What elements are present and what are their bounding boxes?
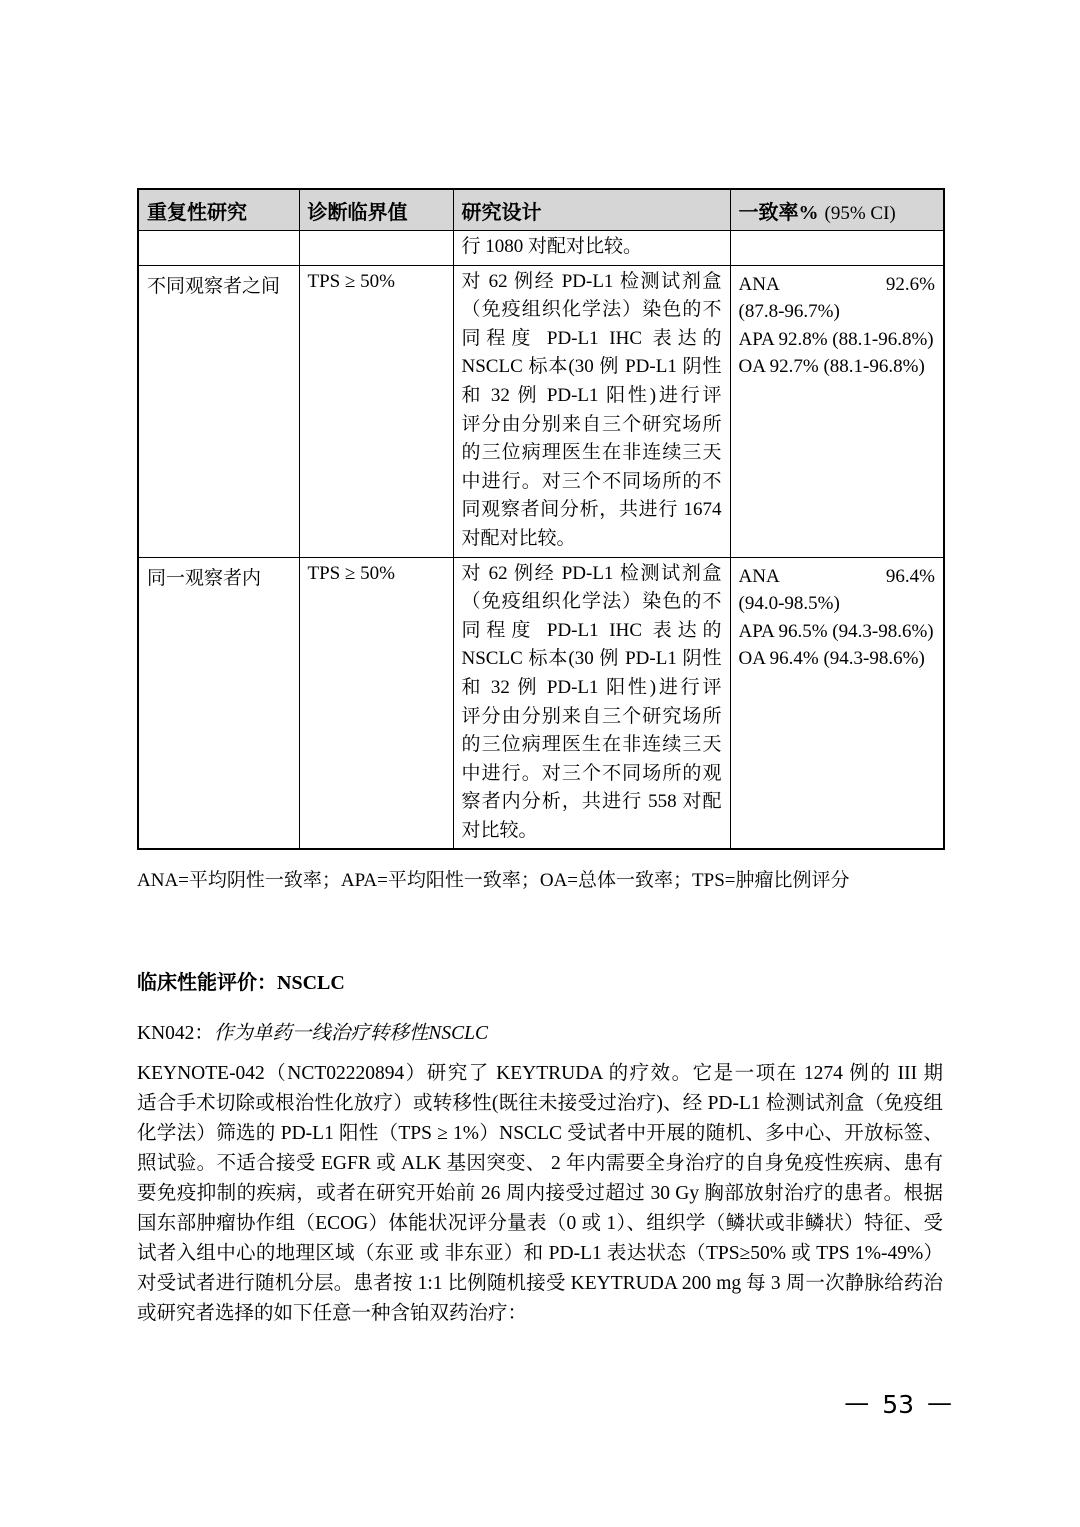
design-line: 对 62 例经 PD-L1 检测试剂盒 bbox=[462, 560, 722, 589]
header-label-ci: (95% CI) bbox=[825, 203, 896, 224]
cutoff-cell: TPS ≥ 50% bbox=[299, 265, 453, 557]
page-footer: — 53 — bbox=[844, 1390, 952, 1419]
agreement-value: 96.4% bbox=[886, 563, 935, 591]
agreement-cell bbox=[730, 231, 944, 266]
design-line: 同程度 PD-L1 IHC 表达的 bbox=[462, 617, 722, 646]
table-row: 同一观察者内 TPS ≥ 50% 对 62 例经 PD-L1 检测试剂盒 （免疫… bbox=[138, 557, 944, 849]
agreement-line: (87.8-96.7%) bbox=[739, 298, 936, 326]
section-subheading: KN042：作为单药一线治疗转移性NSCLC bbox=[137, 1017, 943, 1045]
header-label: 诊断临界值 bbox=[308, 202, 408, 224]
design-line: 评分由分别来自三个研究场所 bbox=[462, 703, 722, 732]
study-cell bbox=[138, 231, 299, 266]
section-heading: 临床性能评价：NSCLC bbox=[137, 966, 943, 995]
paragraph-line: 化学法）筛选的 PD-L1 阳性（TPS ≥ 1%）NSCLC 受试者中开展的随… bbox=[137, 1119, 943, 1149]
reproducibility-table: 重复性研究 诊断临界值 研究设计 一致率%(95% CI) 行 1080 对配对… bbox=[137, 188, 945, 850]
table-row: 行 1080 对配对比较。 bbox=[138, 231, 944, 266]
footer-left-dash: — bbox=[844, 1388, 869, 1417]
agreement-value: 92.6% bbox=[886, 271, 935, 299]
design-line: 的三位病理医生在非连续三天 bbox=[462, 439, 722, 468]
footer-right-dash: — bbox=[927, 1388, 952, 1417]
design-line: NSCLC 标本(30 例 PD-L1 阴性 bbox=[462, 353, 722, 382]
design-cell: 行 1080 对配对比较。 bbox=[453, 231, 730, 266]
design-line: 中进行。对三个不同场所的不 bbox=[462, 468, 722, 497]
agreement-line: ANA 96.4% bbox=[739, 560, 936, 591]
header-label: 一致率% bbox=[739, 202, 819, 224]
design-line: （免疫组织化学法）染色的不 bbox=[462, 588, 722, 617]
paragraph-line: 试者入组中心的地理区域（东亚 或 非东亚）和 PD-L1 表达状态（TPS≥50… bbox=[137, 1239, 943, 1269]
design-line: （免疫组织化学法）染色的不 bbox=[462, 296, 722, 325]
design-line: 行 1080 对配对比较。 bbox=[462, 233, 722, 262]
agreement-line: (94.0-98.5%) bbox=[739, 590, 936, 618]
design-line: 同观察者间分析，共进行 1674 bbox=[462, 496, 722, 525]
agreement-line: APA 96.5% (94.3-98.6%) bbox=[739, 618, 936, 646]
design-cell: 对 62 例经 PD-L1 检测试剂盒 （免疫组织化学法）染色的不 同程度 PD… bbox=[453, 265, 730, 557]
header-cell-agreement: 一致率%(95% CI) bbox=[730, 189, 944, 231]
subheading-italic: 作为单药一线治疗转移性NSCLC bbox=[214, 1023, 488, 1044]
design-line: 对比较。 bbox=[462, 817, 722, 846]
table-row: 不同观察者之间 TPS ≥ 50% 对 62 例经 PD-L1 检测试剂盒 （免… bbox=[138, 265, 944, 557]
cutoff-cell bbox=[299, 231, 453, 266]
design-line: NSCLC 标本(30 例 PD-L1 阴性 bbox=[462, 645, 722, 674]
table-footnote: ANA=平均阴性一致率；APA=平均阳性一致率；OA=总体一致率；TPS=肿瘤比… bbox=[137, 868, 943, 894]
study-cell: 同一观察者内 bbox=[138, 557, 299, 849]
agreement-cell: ANA 92.6% (87.8-96.7%) APA 92.8% (88.1-9… bbox=[730, 265, 944, 557]
document-page: { "table": { "headers": { "col1": "重复性研究… bbox=[0, 0, 1080, 1527]
paragraph-line: 照试验。不适合接受 EGFR 或 ALK 基因突变、 2 年内需要全身治疗的自身… bbox=[137, 1149, 943, 1179]
paragraph-line: 国东部肿瘤协作组（ECOG）体能状况评分量表（0 或 1）、组织学（鳞状或非鳞状… bbox=[137, 1209, 943, 1239]
design-line: 中进行。对三个不同场所的观 bbox=[462, 760, 722, 789]
header-label: 研究设计 bbox=[462, 202, 542, 224]
design-cell: 对 62 例经 PD-L1 检测试剂盒 （免疫组织化学法）染色的不 同程度 PD… bbox=[453, 557, 730, 849]
paragraph-line: KEYNOTE-042（NCT02220894）研究了 KEYTRUDA 的疗效… bbox=[137, 1059, 943, 1089]
paragraph-line: 或研究者选择的如下任意一种含铂双药治疗： bbox=[137, 1299, 943, 1329]
page-number: 53 bbox=[882, 1390, 914, 1419]
agreement-cell: ANA 96.4% (94.0-98.5%) APA 96.5% (94.3-9… bbox=[730, 557, 944, 849]
agreement-line: ANA 92.6% bbox=[739, 268, 936, 299]
header-cell-cutoff: 诊断临界值 bbox=[299, 189, 453, 231]
agreement-line: APA 92.8% (88.1-96.8%) bbox=[739, 326, 936, 354]
header-cell-design: 研究设计 bbox=[453, 189, 730, 231]
cutoff-cell: TPS ≥ 50% bbox=[299, 557, 453, 849]
agreement-metric: ANA bbox=[739, 271, 780, 299]
paragraph-line: 要免疫抑制的疾病，或者在研究开始前 26 周内接受过超过 30 Gy 胸部放射治… bbox=[137, 1179, 943, 1209]
study-cell: 不同观察者之间 bbox=[138, 265, 299, 557]
agreement-line: OA 92.7% (88.1-96.8%) bbox=[739, 353, 936, 381]
design-line: 察者内分析，共进行 558 对配 bbox=[462, 788, 722, 817]
design-line: 对 62 例经 PD-L1 检测试剂盒 bbox=[462, 268, 722, 297]
paragraph-line: 适合手术切除或根治性化放疗）或转移性(既往未接受过治疗)、经 PD-L1 检测试… bbox=[137, 1089, 943, 1119]
design-line: 的三位病理医生在非连续三天 bbox=[462, 731, 722, 760]
design-line: 对配对比较。 bbox=[462, 525, 722, 554]
table-header-row: 重复性研究 诊断临界值 研究设计 一致率%(95% CI) bbox=[138, 189, 944, 231]
subheading-prefix: KN042： bbox=[137, 1023, 214, 1044]
agreement-metric: ANA bbox=[739, 563, 780, 591]
design-line: 和 32 例 PD-L1 阳性)进行评分， bbox=[462, 382, 722, 411]
agreement-line: OA 96.4% (94.3-98.6%) bbox=[739, 645, 936, 673]
design-line: 同程度 PD-L1 IHC 表达的 bbox=[462, 325, 722, 354]
paragraph-line: 对受试者进行随机分层。患者按 1:1 比例随机接受 KEYTRUDA 200 m… bbox=[137, 1269, 943, 1299]
body-paragraph: KEYNOTE-042（NCT02220894）研究了 KEYTRUDA 的疗效… bbox=[137, 1059, 943, 1329]
header-label: 重复性研究 bbox=[147, 202, 247, 224]
header-cell-repeat-study: 重复性研究 bbox=[138, 189, 299, 231]
design-line: 评分由分别来自三个研究场所 bbox=[462, 411, 722, 440]
page-content: 重复性研究 诊断临界值 研究设计 一致率%(95% CI) 行 1080 对配对… bbox=[137, 188, 943, 1329]
design-line: 和 32 例 PD-L1 阳性)进行评分， bbox=[462, 674, 722, 703]
